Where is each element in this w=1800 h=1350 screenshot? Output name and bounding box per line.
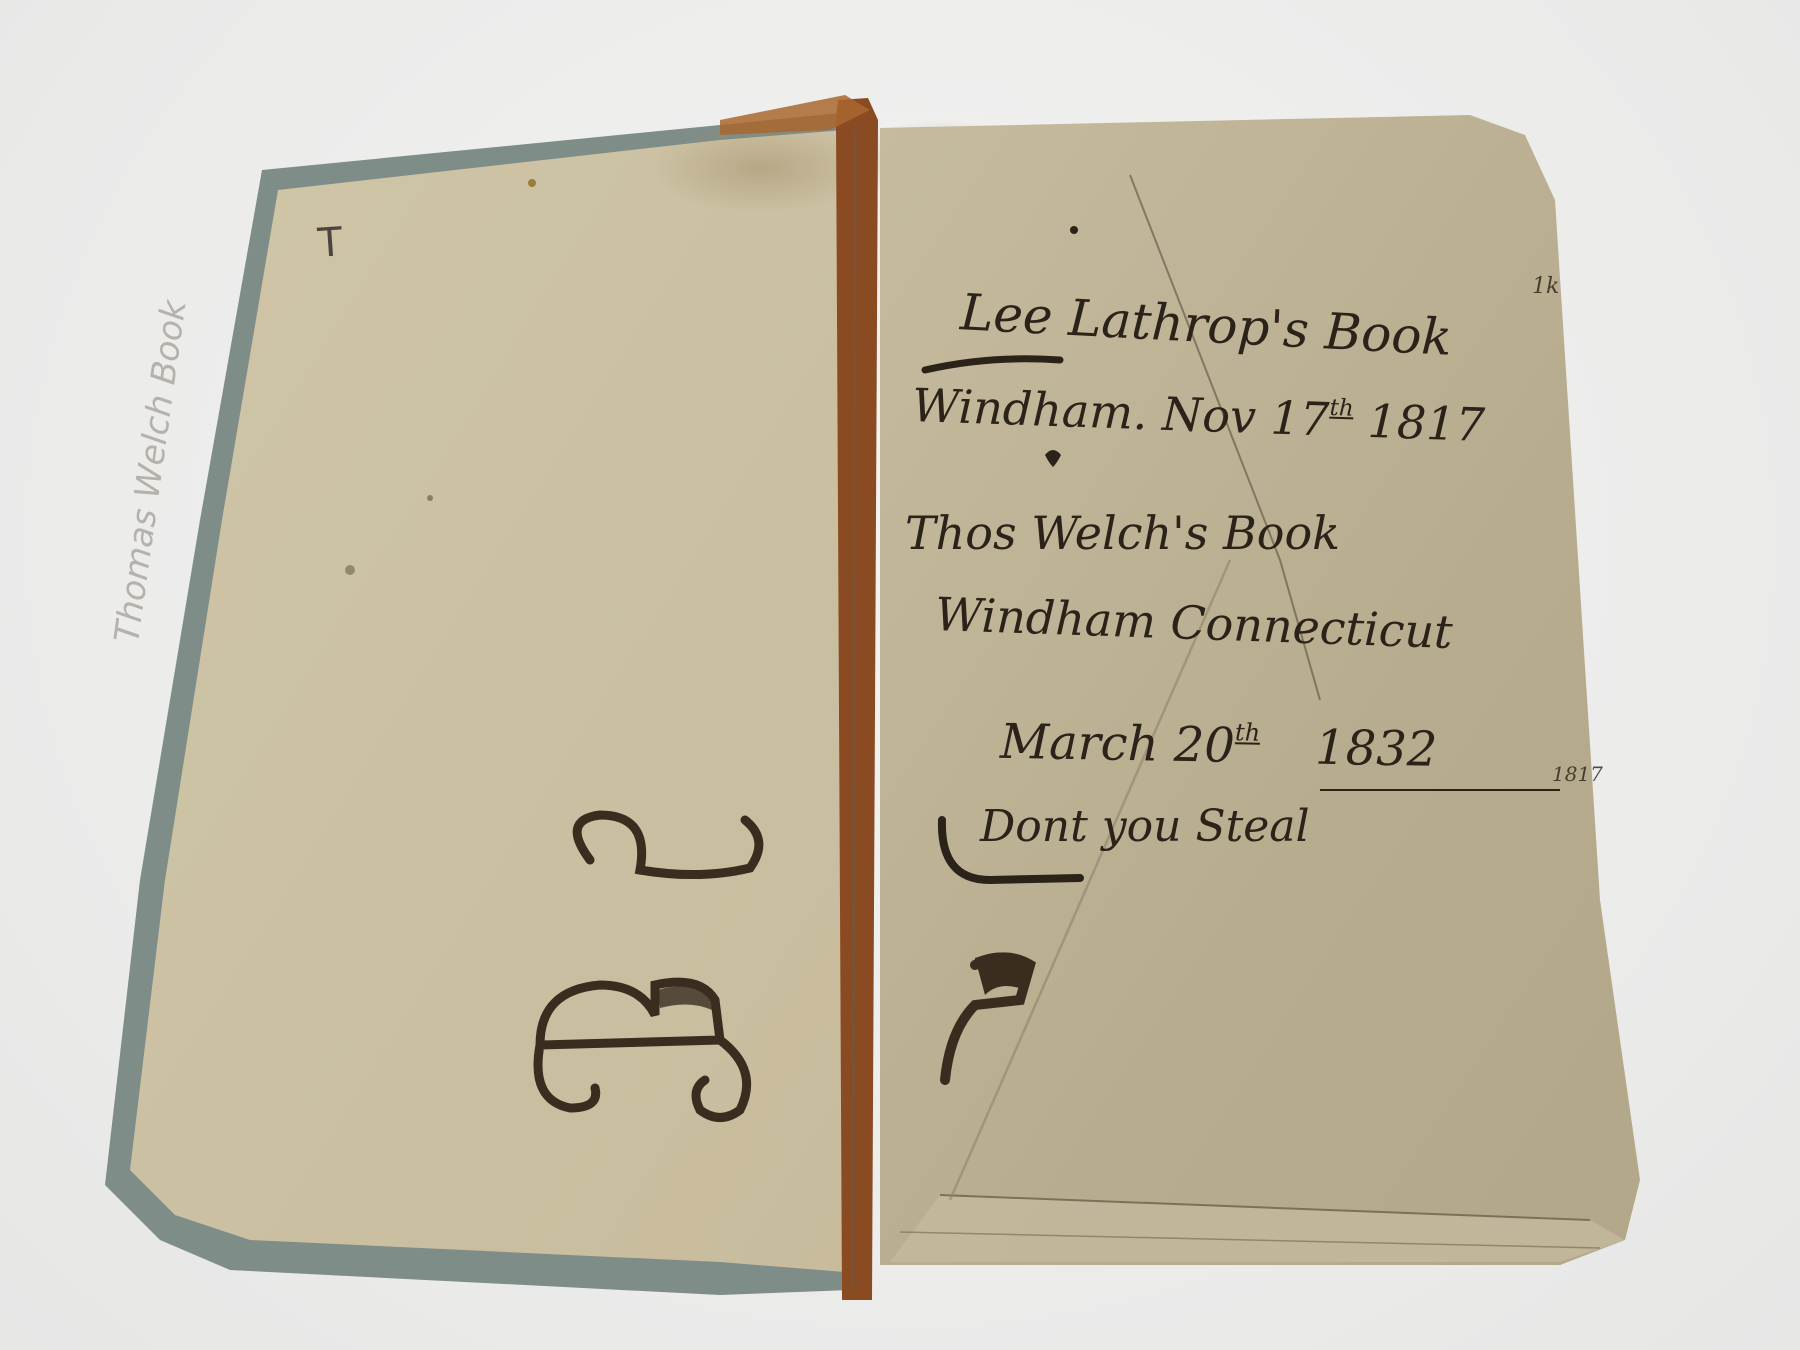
photo-scene: T Thomas Welch Book Lee Lathrop's Book W… [0,0,1800,1350]
inscription-line-5-main: March 20 [1000,714,1236,774]
spine [836,98,878,1300]
corner-mark: T [316,219,344,267]
inscription-line-2-sup: th [1329,395,1354,422]
inscription-line-6: Dont you Steal [980,805,1310,849]
book-illustration [0,0,1800,1350]
inscription-line-5: March 20th 1832 [1000,716,1438,773]
inscription-line-2-year: 1817 [1367,394,1486,452]
inscription-line-5-sup: th [1235,718,1261,746]
inscription-line-3: Thos Welch's Book [905,510,1340,556]
inscription-line-5-year: 1832 [1315,719,1438,777]
margin-note-top: 1k [1532,276,1559,298]
left-page [130,130,845,1272]
margin-note-right: 1817 [1552,764,1603,784]
